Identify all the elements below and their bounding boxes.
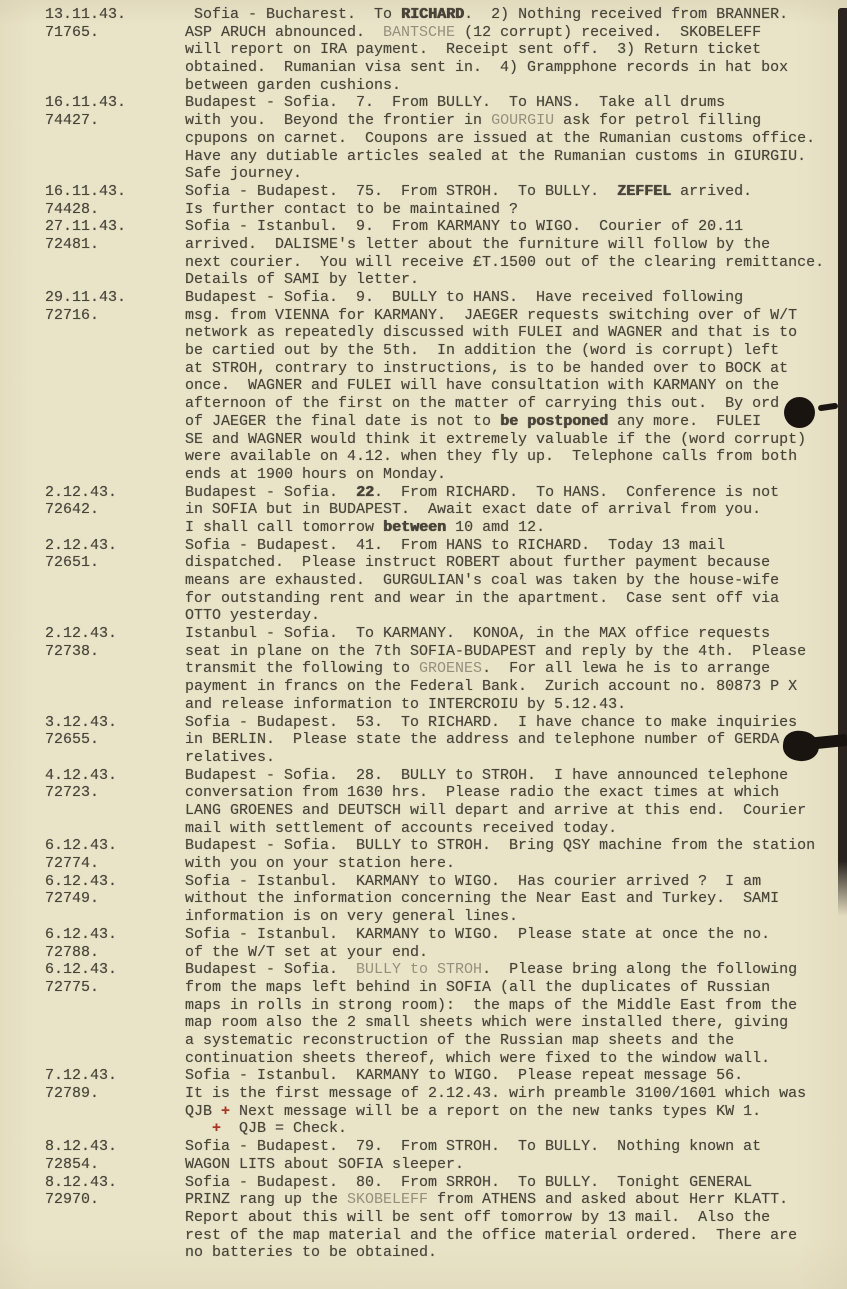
entry-line: Sofia - Istanbul. 9. From KARMANY to WIG… bbox=[185, 218, 847, 236]
entry-line: Istanbul - Sofia. To KARMANY. KONOA, in … bbox=[185, 625, 847, 643]
entry-meta: 27.11.43.72481. bbox=[45, 218, 185, 253]
log-entry: 6.12.43.72749.Sofia - Istanbul. KARMANY … bbox=[45, 873, 847, 926]
entry-line: transmit the following to GROENES. For a… bbox=[185, 660, 847, 678]
entry-line: Sofia - Budapest. 75. From STROH. To BUL… bbox=[185, 183, 847, 201]
entry-line: information is on very general lines. bbox=[185, 908, 847, 926]
entry-meta: 8.12.43.72970. bbox=[45, 1174, 185, 1209]
entry-date: 6.12.43. bbox=[45, 926, 185, 944]
entry-line: means are exhausted. GURGULIAN's coal wa… bbox=[185, 572, 847, 590]
entry-body: Budapest - Sofia. BULLY to STROH. Please… bbox=[185, 961, 847, 1067]
entry-meta: 4.12.43.72723. bbox=[45, 767, 185, 802]
entry-number: 72481. bbox=[45, 236, 185, 254]
entry-date: 2.12.43. bbox=[45, 484, 185, 502]
entry-line: SE and WAGNER would think it extremely v… bbox=[185, 431, 847, 449]
entry-number: 72651. bbox=[45, 554, 185, 572]
entry-meta: 3.12.43.72655. bbox=[45, 714, 185, 749]
entry-line: Sofia - Budapest. 41. From HANS to RICHA… bbox=[185, 537, 847, 555]
entry-date: 29.11.43. bbox=[45, 289, 185, 307]
entry-date: 16.11.43. bbox=[45, 94, 185, 112]
log-entry: 2.12.43.72651.Sofia - Budapest. 41. From… bbox=[45, 537, 847, 625]
entry-date: 2.12.43. bbox=[45, 625, 185, 643]
entry-line: seat in plane on the 7th SOFIA-BUDAPEST … bbox=[185, 643, 847, 661]
entry-number: 72642. bbox=[45, 501, 185, 519]
entry-line: QJB + Next message will be a report on t… bbox=[185, 1103, 847, 1121]
entry-line: Sofia - Bucharest. To RICHARD. 2) Nothin… bbox=[185, 6, 847, 24]
entry-body: Sofia - Budapest. 79. From STROH. To BUL… bbox=[185, 1138, 847, 1173]
entry-body: Budapest - Sofia. BULLY to STROH. Bring … bbox=[185, 837, 847, 872]
entry-line: Budapest - Sofia. 9. BULLY to HANS. Have… bbox=[185, 289, 847, 307]
entry-meta: 16.11.43.74428. bbox=[45, 183, 185, 218]
entry-date: 8.12.43. bbox=[45, 1174, 185, 1192]
entry-number: 72789. bbox=[45, 1085, 185, 1103]
entry-meta: 6.12.43.72775. bbox=[45, 961, 185, 996]
entry-line: Report about this will be sent off tomor… bbox=[185, 1209, 847, 1227]
entry-body: Budapest - Sofia. 7. From BULLY. To HANS… bbox=[185, 94, 847, 182]
entry-line: cpupons on carnet. Coupons are issued at… bbox=[185, 130, 847, 148]
entry-body: Sofia - Budapest. 41. From HANS to RICHA… bbox=[185, 537, 847, 625]
entry-meta: 6.12.43.72749. bbox=[45, 873, 185, 908]
entry-meta: 8.12.43.72854. bbox=[45, 1138, 185, 1173]
entry-line: + QJB = Check. bbox=[185, 1120, 847, 1138]
log-entry: 2.12.43.72642.Budapest - Sofia. 22. From… bbox=[45, 484, 847, 537]
entry-line: from the maps left behind in SOFIA (all … bbox=[185, 979, 847, 997]
log-entry: 13.11.43.71765. Sofia - Bucharest. To RI… bbox=[45, 6, 847, 94]
entry-number: 72788. bbox=[45, 944, 185, 962]
entry-line: Sofia - Istanbul. KARMANY to WIGO. Pleas… bbox=[185, 926, 847, 944]
entry-line: between garden cushions. bbox=[185, 77, 847, 95]
entry-line: of JAEGER the final date is not to be po… bbox=[185, 413, 847, 431]
entry-line: will report on IRA payment. Receipt sent… bbox=[185, 41, 847, 59]
entry-line: PRINZ rang up the SKOBELEFF from ATHENS … bbox=[185, 1191, 847, 1209]
entry-line: continuation sheets thereof, which were … bbox=[185, 1050, 847, 1068]
entry-date: 4.12.43. bbox=[45, 767, 185, 785]
entry-number: 74427. bbox=[45, 112, 185, 130]
entry-line: Budapest - Sofia. BULLY to STROH. Please… bbox=[185, 961, 847, 979]
entry-line: relatives. bbox=[185, 749, 847, 767]
log-entry: 2.12.43.72738.Istanbul - Sofia. To KARMA… bbox=[45, 625, 847, 713]
entry-line: Sofia - Budapest. 53. To RICHARD. I have… bbox=[185, 714, 847, 732]
log-entry: 3.12.43.72655.Sofia - Budapest. 53. To R… bbox=[45, 714, 847, 767]
log-entry: 6.12.43.72774.Budapest - Sofia. BULLY to… bbox=[45, 837, 847, 872]
entry-line: OTTO yesterday. bbox=[185, 607, 847, 625]
entry-meta: 6.12.43.72788. bbox=[45, 926, 185, 961]
entry-number: 72655. bbox=[45, 731, 185, 749]
entry-line: Have any dutiable articles sealed at the… bbox=[185, 148, 847, 166]
entry-line: Budapest - Sofia. 7. From BULLY. To HANS… bbox=[185, 94, 847, 112]
entry-date: 3.12.43. bbox=[45, 714, 185, 732]
entry-date: 13.11.43. bbox=[45, 6, 185, 24]
entry-meta: 2.12.43.72738. bbox=[45, 625, 185, 660]
entry-body: Sofia - Istanbul. KARMANY to WIGO. Has c… bbox=[185, 873, 847, 926]
entry-line: Sofia - Istanbul. KARMANY to WIGO. Pleas… bbox=[185, 1067, 847, 1085]
entry-line: were available on 4.12. when they fly up… bbox=[185, 448, 847, 466]
entry-line: without the information concerning the N… bbox=[185, 890, 847, 908]
entry-line: network as repeatedly discussed with FUL… bbox=[185, 324, 847, 342]
entry-meta: 2.12.43.72642. bbox=[45, 484, 185, 519]
entry-line: I shall call tomorrow between 10 amd 12. bbox=[185, 519, 847, 537]
entry-line: msg. from VIENNA for KARMANY. JAEGER req… bbox=[185, 307, 847, 325]
entry-line: obtained. Rumanian visa sent in. 4) Gram… bbox=[185, 59, 847, 77]
entry-body: Sofia - Budapest. 75. From STROH. To BUL… bbox=[185, 183, 847, 218]
entry-line: Sofia - Budapest. 79. From STROH. To BUL… bbox=[185, 1138, 847, 1156]
entry-line: map room also the 2 small sheets which w… bbox=[185, 1014, 847, 1032]
entry-meta: 7.12.43.72789. bbox=[45, 1067, 185, 1102]
entry-body: Sofia - Bucharest. To RICHARD. 2) Nothin… bbox=[185, 6, 847, 94]
entry-date: 6.12.43. bbox=[45, 961, 185, 979]
entry-number: 72738. bbox=[45, 643, 185, 661]
entry-number: 72723. bbox=[45, 784, 185, 802]
log-entries: 13.11.43.71765. Sofia - Bucharest. To RI… bbox=[45, 6, 847, 1262]
log-entry: 8.12.43.72854.Sofia - Budapest. 79. From… bbox=[45, 1138, 847, 1173]
log-entry: 16.11.43.74428.Sofia - Budapest. 75. Fro… bbox=[45, 183, 847, 218]
entry-line: of the W/T set at your end. bbox=[185, 944, 847, 962]
entry-line: in SOFIA but in BUDAPEST. Await exact da… bbox=[185, 501, 847, 519]
entry-body: Sofia - Istanbul. KARMANY to WIGO. Pleas… bbox=[185, 926, 847, 961]
entry-line: at STROH, contrary to instructions, is t… bbox=[185, 360, 847, 378]
entry-body: Sofia - Budapest. 53. To RICHARD. I have… bbox=[185, 714, 847, 767]
entry-line: next courier. You will receive £T.1500 o… bbox=[185, 254, 847, 272]
log-entry: 8.12.43.72970.Sofia - Budapest. 80. From… bbox=[45, 1174, 847, 1262]
log-entry: 7.12.43.72789.Sofia - Istanbul. KARMANY … bbox=[45, 1067, 847, 1138]
entry-line: no batteries to be obtained. bbox=[185, 1244, 847, 1262]
entry-line: with you. Beyond the frontier in GOURGIU… bbox=[185, 112, 847, 130]
entry-line: Sofia - Istanbul. KARMANY to WIGO. Has c… bbox=[185, 873, 847, 891]
entry-line: rest of the map material and the office … bbox=[185, 1227, 847, 1245]
entry-line: conversation from 1630 hrs. Please radio… bbox=[185, 784, 847, 802]
entry-line: arrived. DALISME's letter about the furn… bbox=[185, 236, 847, 254]
entry-line: Safe journey. bbox=[185, 165, 847, 183]
entry-meta: 2.12.43.72651. bbox=[45, 537, 185, 572]
entry-body: Budapest - Sofia. 22. From RICHARD. To H… bbox=[185, 484, 847, 537]
entry-line: once. WAGNER and FULEI will have consult… bbox=[185, 377, 847, 395]
entry-body: Sofia - Budapest. 80. From SRROH. To BUL… bbox=[185, 1174, 847, 1262]
entry-meta: 16.11.43.74427. bbox=[45, 94, 185, 129]
entry-meta: 6.12.43.72774. bbox=[45, 837, 185, 872]
entry-meta: 29.11.43.72716. bbox=[45, 289, 185, 324]
entry-line: be cartied out by the 5th. In addition t… bbox=[185, 342, 847, 360]
entry-line: LANG GROENES and DEUTSCH will depart and… bbox=[185, 802, 847, 820]
entry-date: 6.12.43. bbox=[45, 873, 185, 891]
entry-date: 6.12.43. bbox=[45, 837, 185, 855]
entry-date: 27.11.43. bbox=[45, 218, 185, 236]
entry-body: Sofia - Istanbul. KARMANY to WIGO. Pleas… bbox=[185, 1067, 847, 1138]
entry-meta: 13.11.43.71765. bbox=[45, 6, 185, 41]
entry-line: maps in rolls in strong room): the maps … bbox=[185, 997, 847, 1015]
entry-number: 72716. bbox=[45, 307, 185, 325]
entry-line: in BERLIN. Please state the address and … bbox=[185, 731, 847, 749]
entry-number: 72970. bbox=[45, 1191, 185, 1209]
log-entry: 4.12.43.72723.Budapest - Sofia. 28. BULL… bbox=[45, 767, 847, 838]
log-entry: 6.12.43.72775.Budapest - Sofia. BULLY to… bbox=[45, 961, 847, 1067]
entry-line: with you on your station here. bbox=[185, 855, 847, 873]
entry-line: ends at 1900 hours on Monday. bbox=[185, 466, 847, 484]
entry-line: WAGON LITS about SOFIA sleeper. bbox=[185, 1156, 847, 1174]
entry-date: 7.12.43. bbox=[45, 1067, 185, 1085]
entry-line: Budapest - Sofia. 22. From RICHARD. To H… bbox=[185, 484, 847, 502]
entry-body: Budapest - Sofia. 28. BULLY to STROH. I … bbox=[185, 767, 847, 838]
log-entry: 16.11.43.74427.Budapest - Sofia. 7. From… bbox=[45, 94, 847, 182]
entry-line: dispatched. Please instruct ROBERT about… bbox=[185, 554, 847, 572]
entry-line: ASP ARUCH abnounced. BANTSCHE (12 corrup… bbox=[185, 24, 847, 42]
page-edge-shadow bbox=[838, 8, 847, 916]
entry-body: Budapest - Sofia. 9. BULLY to HANS. Have… bbox=[185, 289, 847, 484]
entry-line: afternoon of the first on the matter of … bbox=[185, 395, 847, 413]
entry-number: 72854. bbox=[45, 1156, 185, 1174]
entry-line: Details of SAMI by letter. bbox=[185, 271, 847, 289]
entry-line: and release information to INTERCROIU by… bbox=[185, 696, 847, 714]
entry-date: 8.12.43. bbox=[45, 1138, 185, 1156]
entry-line: Budapest - Sofia. 28. BULLY to STROH. I … bbox=[185, 767, 847, 785]
entry-line: It is the first message of 2.12.43. wirh… bbox=[185, 1085, 847, 1103]
hole-punch-blot-top bbox=[784, 397, 815, 428]
entry-line: Sofia - Budapest. 80. From SRROH. To BUL… bbox=[185, 1174, 847, 1192]
log-entry: 29.11.43.72716.Budapest - Sofia. 9. BULL… bbox=[45, 289, 847, 484]
entry-line: Is further contact to be maintained ? bbox=[185, 201, 847, 219]
entry-number: 72749. bbox=[45, 890, 185, 908]
entry-number: 71765. bbox=[45, 24, 185, 42]
entry-line: Budapest - Sofia. BULLY to STROH. Bring … bbox=[185, 837, 847, 855]
log-entry: 6.12.43.72788.Sofia - Istanbul. KARMANY … bbox=[45, 926, 847, 961]
entry-number: 72775. bbox=[45, 979, 185, 997]
entry-line: for outstanding rent and wear in the apa… bbox=[185, 590, 847, 608]
entry-line: mail with settlement of accounts receive… bbox=[185, 820, 847, 838]
log-entry: 27.11.43.72481.Sofia - Istanbul. 9. From… bbox=[45, 218, 847, 289]
entry-body: Istanbul - Sofia. To KARMANY. KONOA, in … bbox=[185, 625, 847, 713]
entry-date: 16.11.43. bbox=[45, 183, 185, 201]
entry-body: Sofia - Istanbul. 9. From KARMANY to WIG… bbox=[185, 218, 847, 289]
entry-date: 2.12.43. bbox=[45, 537, 185, 555]
entry-number: 72774. bbox=[45, 855, 185, 873]
entry-number: 74428. bbox=[45, 201, 185, 219]
entry-line: a systematic reconstruction of the Russi… bbox=[185, 1032, 847, 1050]
entry-line: payment in francs on the Federal Bank. Z… bbox=[185, 678, 847, 696]
document-page: 13.11.43.71765. Sofia - Bucharest. To RI… bbox=[0, 0, 847, 1289]
